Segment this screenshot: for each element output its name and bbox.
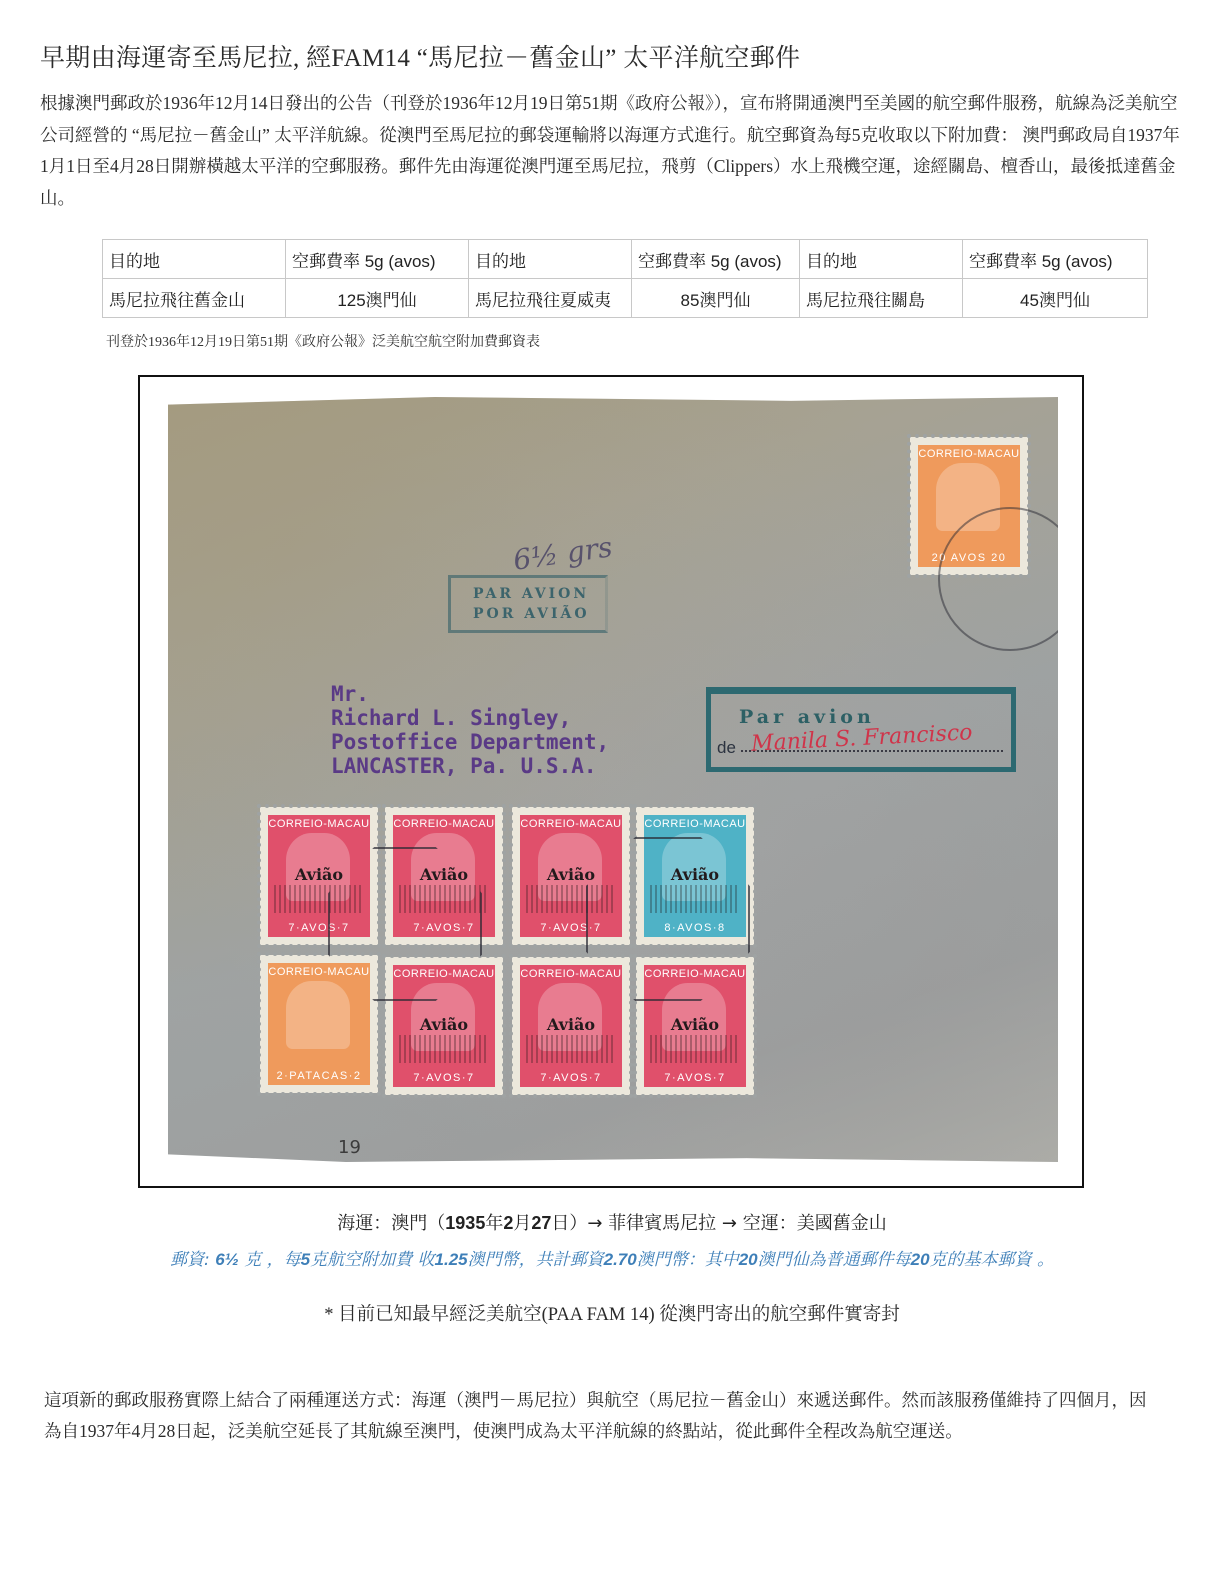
stamp-header: CORREIO-MACAU	[268, 818, 370, 830]
stamp-overprint: Avião	[520, 1015, 622, 1034]
stamp-value: 7·AVOS·7	[393, 1072, 495, 1084]
address-line: Postoffice Department,	[331, 730, 609, 754]
note-text: 澳門幣：其中	[637, 1250, 739, 1270]
note-number: 20	[911, 1250, 930, 1269]
note-total: 2.70	[604, 1250, 637, 1269]
par-avion-cachet: Par avion de Manila S. Francisco	[706, 687, 1016, 772]
stamp-value: 7·AVOS·7	[520, 1072, 622, 1084]
airmail-rate-table: 目的地 空郵費率 5g (avos) 目的地 空郵費率 5g (avos) 目的…	[102, 239, 1148, 318]
route-year: 1935	[445, 1213, 485, 1233]
note-text: 克 ，每	[239, 1250, 301, 1270]
stamp-header: CORREIO-MACAU	[644, 818, 746, 830]
header-rate: 空郵費率 5g (avos)	[286, 240, 469, 279]
cachet-line: POR AVIÃO	[473, 604, 605, 624]
stamp-value: 7·AVOS·7	[644, 1072, 746, 1084]
recipient-address: Mr.Richard L. Singley,Postoffice Departm…	[331, 682, 609, 778]
airmail-cover-envelope: 6½ grs PAR AVION POR AVIÃO Mr.Richard L.…	[168, 397, 1058, 1162]
cell-rate: 45澳門仙	[963, 279, 1148, 318]
chinese-overprint	[399, 1035, 489, 1063]
address-line: Mr.	[331, 682, 609, 706]
header-destination: 目的地	[469, 240, 632, 279]
header-destination: 目的地	[103, 240, 286, 279]
note-number: 5	[301, 1250, 310, 1269]
note-weight: 6½	[215, 1250, 239, 1269]
note-text: 澳門幣，共計郵資	[468, 1250, 604, 1270]
intro-paragraph: 根據澳門郵政於1936年12月14日發出的公告（刊登於1936年12月19日第5…	[40, 88, 1180, 214]
note-text: 克的基本郵資 。	[930, 1250, 1054, 1270]
stamp-overprint: Avião	[393, 1015, 495, 1034]
cell-rate: 85澳門仙	[632, 279, 800, 318]
note-text: 克航空附加費 收	[310, 1250, 434, 1270]
postage-note: 郵資: 6½ 克 ，每5克航空附加費 收1.25澳門幣，共計郵資2.70澳門幣：…	[0, 1245, 1224, 1270]
route-day: 27	[531, 1213, 551, 1233]
cell-destination: 馬尼拉飛往關島	[800, 279, 963, 318]
route-month: 2	[503, 1213, 513, 1233]
stamp-overprint: Avião	[644, 1015, 746, 1034]
cell-destination: 馬尼拉飛往舊金山	[103, 279, 286, 318]
stamp-header: CORREIO-MACAU	[520, 818, 622, 830]
table-row: 馬尼拉飛往舊金山 125澳門仙 馬尼拉飛往夏威夷 85澳門仙 馬尼拉飛往關島 4…	[103, 279, 1148, 318]
cell-rate: 125澳門仙	[286, 279, 469, 318]
footnote: * 目前已知最早經泛美航空(PAA FAM 14) 從澳門寄出的航空郵件實寄封	[0, 1300, 1224, 1326]
table-header-row: 目的地 空郵費率 5g (avos) 目的地 空郵費率 5g (avos) 目的…	[103, 240, 1148, 279]
ceres-figure-icon	[286, 981, 350, 1049]
header-rate: 空郵費率 5g (avos)	[632, 240, 800, 279]
route-text: 海運：澳門（	[337, 1213, 445, 1234]
header-destination: 目的地	[800, 240, 963, 279]
pencil-note: 19	[338, 1137, 361, 1158]
chinese-overprint	[526, 1035, 616, 1063]
par-avion-de: de	[717, 738, 736, 758]
note-text: 郵資:	[170, 1250, 215, 1270]
address-line: LANCASTER, Pa. U.S.A.	[331, 754, 609, 778]
closing-paragraph: 這項新的郵政服務實際上結合了兩種運送方式：海運（澳門－馬尼拉）與航空（馬尼拉－舊…	[44, 1385, 1154, 1447]
cell-destination: 馬尼拉飛往夏威夷	[469, 279, 632, 318]
note-surcharge: 1.25	[435, 1250, 468, 1269]
chinese-overprint	[650, 1035, 740, 1063]
page-title: 早期由海運寄至馬尼拉, 經FAM14 “馬尼拉－舊金山” 太平洋航空郵件	[40, 38, 800, 74]
par-avion-label: Par avion	[739, 706, 875, 728]
address-line: Richard L. Singley,	[331, 706, 609, 730]
route-caption: 海運：澳門（1935年2月27日）→ 菲律賓馬尼拉 → 空運：美國舊金山	[0, 1209, 1224, 1235]
stamp-value: 2·PATACAS·2	[268, 1070, 370, 1082]
route-text: 年	[485, 1213, 503, 1234]
note-base: 20	[739, 1250, 758, 1269]
header-rate: 空郵費率 5g (avos)	[963, 240, 1148, 279]
cover-image-frame: 6½ grs PAR AVION POR AVIÃO Mr.Richard L.…	[138, 375, 1084, 1188]
postmark-icon	[938, 507, 1082, 651]
route-text: 月	[513, 1213, 531, 1234]
small-par-avion-cachet: PAR AVION POR AVIÃO	[448, 575, 608, 633]
stamp-header: CORREIO-MACAU	[918, 448, 1020, 460]
route-text: 日）→ 菲律賓馬尼拉 → 空運：美國舊金山	[551, 1213, 886, 1234]
handwritten-weight-note: 6½ grs	[511, 530, 614, 577]
table-caption: 刊登於1936年12月19日第51期《政府公報》泛美航空航空附加費郵資表	[106, 331, 540, 351]
stamp-header: CORREIO-MACAU	[393, 818, 495, 830]
cachet-line: PAR AVION	[473, 584, 605, 604]
note-text: 澳門仙為普通郵件每	[758, 1250, 911, 1270]
